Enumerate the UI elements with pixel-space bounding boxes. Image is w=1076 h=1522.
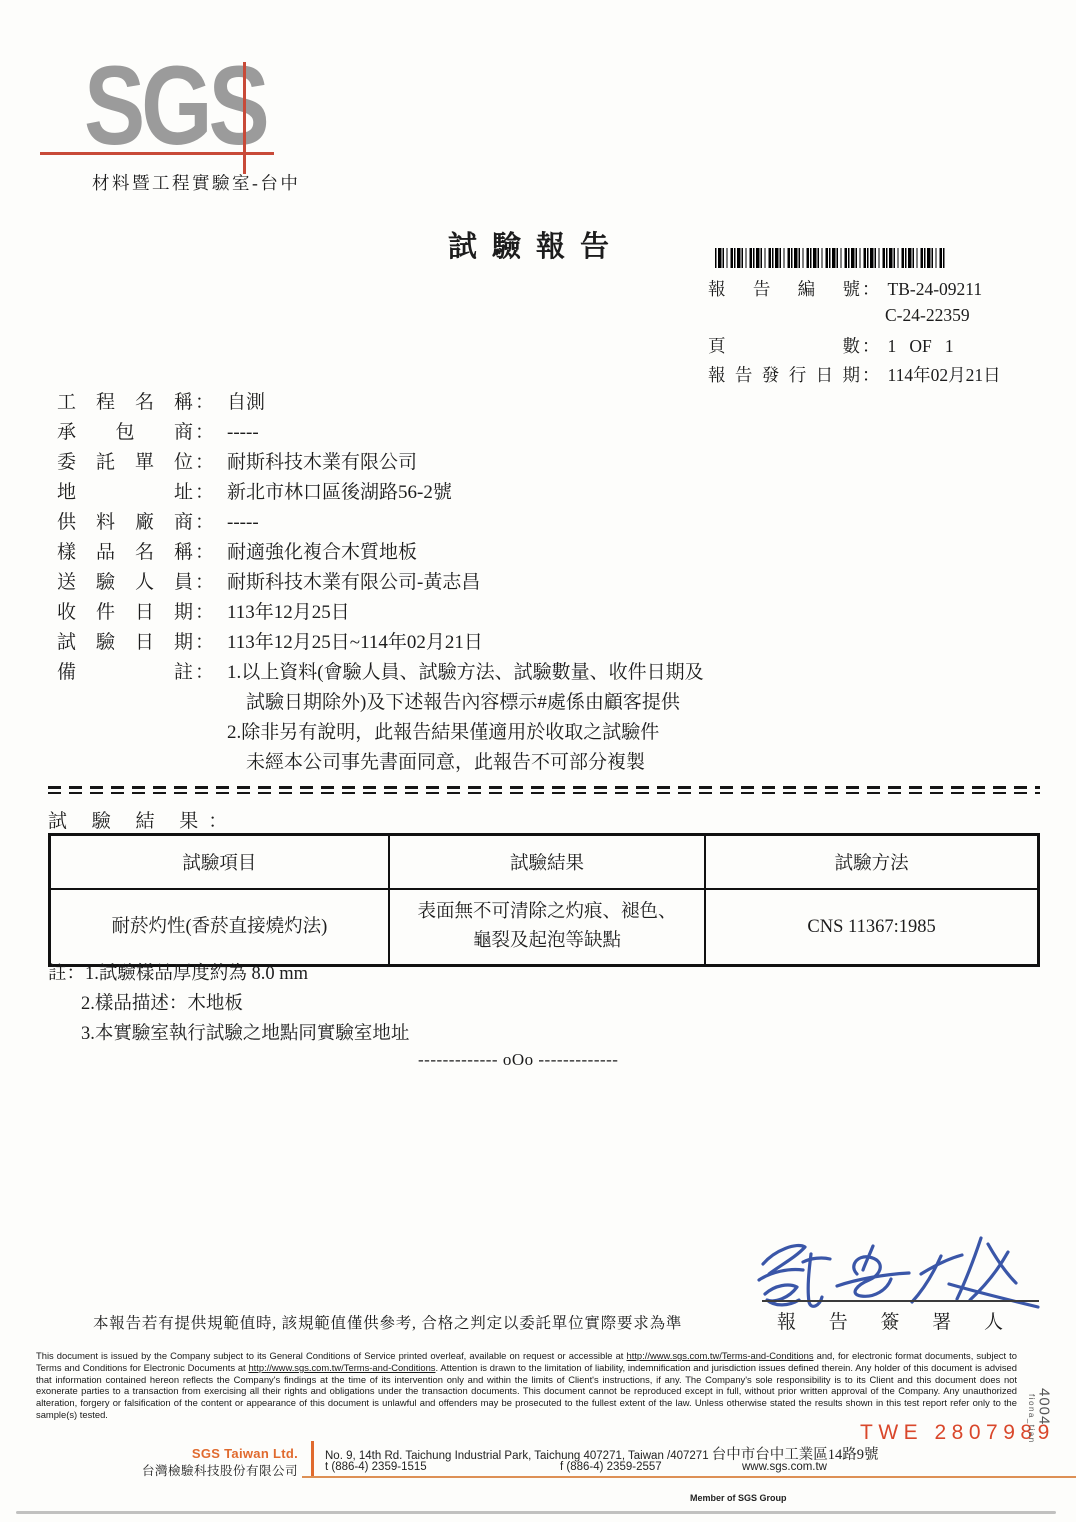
form-value: 自測 — [227, 388, 265, 418]
sgs-logo: SGS — [84, 50, 266, 162]
form-label: 委託單位 — [57, 448, 193, 478]
report-info-block: 報告編號：TB-24-09211C-24-22359頁數：1 OF 1報告發行日… — [708, 276, 1001, 390]
side-operator: fiona_tian — [1026, 1394, 1035, 1444]
form-label: 樣品名稱 — [57, 538, 193, 568]
side-code: 4004 — [1035, 1388, 1052, 1444]
report-info-colon: ： — [862, 279, 880, 299]
form-label: 地址 — [57, 478, 193, 508]
report-info-label: 報告發行日期 — [708, 362, 860, 387]
report-info-value: C-24-22359 — [885, 305, 970, 325]
form-row: 地址：新北市林口區後湖路56-2號 — [57, 478, 747, 508]
table-data-row: 耐菸灼性(香菸直接燒灼法)表面無不可清除之灼痕、褪色、 龜裂及起泡等缺點CNS … — [50, 889, 1039, 966]
form-row: 試驗日期：113年12月25日~114年02月21日 — [57, 628, 747, 658]
form-colon: ： — [195, 658, 214, 688]
form-row: 承包商：----- — [57, 418, 747, 448]
form-colon: ： — [195, 628, 214, 658]
footer-orange-rule — [302, 1476, 1076, 1478]
document-title: 試驗報告 — [448, 224, 624, 265]
form-remark-line: 2.除非另有說明，此報告結果僅適用於收取之試驗件 — [227, 718, 704, 748]
form-remark-line: 未經本公司事先書面同意，此報告不可部分複製 — [227, 748, 704, 778]
footer-company-block: SGS Taiwan Ltd. 台灣檢驗科技股份有限公司 — [55, 1446, 298, 1480]
form-row: 委託單位：耐斯科技木業有限公司 — [57, 448, 747, 478]
logo-red-horizontal-line — [40, 152, 274, 155]
form-value: 耐適強化複合木質地板 — [227, 538, 417, 568]
table-data-cell: 耐菸灼性(香菸直接燒灼法) — [50, 889, 389, 966]
logo-red-vertical-line — [243, 62, 246, 174]
form-colon: ： — [195, 418, 214, 448]
form-label: 收件日期 — [57, 598, 193, 628]
report-info-colon: ： — [862, 365, 880, 385]
terms-url: http://www.sgs.com.tw/Terms-and-Conditio… — [248, 1362, 435, 1373]
form-label: 送驗人員 — [57, 568, 193, 598]
report-info-label: 頁數 — [708, 333, 860, 358]
footer-website: www.sgs.com.tw — [742, 1461, 827, 1473]
barcode-icon — [715, 248, 945, 268]
disclaimer-text: This document is issued by the Company s… — [36, 1350, 627, 1361]
form-colon: ： — [195, 508, 214, 538]
form-colon: ： — [195, 388, 214, 418]
table-data-cell: CNS 11367:1985 — [705, 889, 1038, 966]
form-label: 工程名稱 — [57, 388, 193, 418]
form-row: 備註：1.以上資料(會驗人員、試驗方法、試驗數量、收件日期及試驗日期除外)及下述… — [57, 658, 747, 778]
form-colon: ： — [195, 568, 214, 598]
report-info-colon: ： — [862, 336, 880, 356]
footer-tel: t (886-4) 2359-1515 — [325, 1461, 427, 1473]
form-label: 備註 — [57, 658, 193, 688]
lab-name: 材料暨工程實驗室-台中 — [92, 170, 300, 195]
form-value: 113年12月25日 — [227, 598, 350, 628]
signatory-label: 報 告 簽 署 人 — [777, 1307, 1017, 1334]
form-label: 承包商 — [57, 418, 193, 448]
form-colon: ： — [195, 448, 214, 478]
report-page: SGS 材料暨工程實驗室-台中 試驗報告 報告編號：TB-24-09211C-2… — [0, 0, 1076, 1522]
form-remark-line: 1.以上資料(會驗人員、試驗方法、試驗數量、收件日期及 — [227, 658, 704, 688]
report-info-row: 報告編號：TB-24-09211 — [708, 276, 1001, 305]
form-remark-line: 試驗日期除外)及下述報告內容標示#處係由顧客提供 — [227, 688, 704, 718]
table-data-cell: 表面無不可清除之灼痕、褪色、 龜裂及起泡等缺點 — [389, 889, 705, 966]
form-row: 供料廠商：----- — [57, 508, 747, 538]
note-line: 註：1.試驗樣品厚度約為 8.0 mm — [48, 959, 409, 989]
report-info-value: 1 OF 1 — [888, 336, 954, 356]
footer-fax: f (886-4) 2359-2557 — [560, 1461, 662, 1473]
form-value: 耐斯科技木業有限公司 — [227, 448, 417, 478]
form-fields: 工程名稱：自測承包商：-----委託單位：耐斯科技木業有限公司地址：新北市林口區… — [57, 388, 747, 778]
form-value: 1.以上資料(會驗人員、試驗方法、試驗數量、收件日期及試驗日期除外)及下述報告內… — [227, 658, 704, 778]
side-vertical-text: 4004 fiona_tian — [1026, 1388, 1051, 1444]
results-table: 試驗項目試驗結果試驗方法耐菸灼性(香菸直接燒灼法)表面無不可清除之灼痕、褪色、 … — [48, 833, 1040, 967]
report-info-row: C-24-22359 — [708, 305, 1001, 334]
form-colon: ： — [195, 598, 214, 628]
form-row: 樣品名稱：耐適強化複合木質地板 — [57, 538, 747, 568]
table-header-cell: 試驗方法 — [705, 835, 1038, 890]
form-value: 113年12月25日~114年02月21日 — [227, 628, 483, 658]
end-of-report-divider: ------------- oOo ------------- — [418, 1050, 618, 1070]
form-value: 新北市林口區後湖路56-2號 — [227, 478, 452, 508]
footer-member: Member of SGS Group — [690, 1493, 787, 1503]
report-info-value: TB-24-09211 — [888, 279, 983, 299]
form-row: 收件日期：113年12月25日 — [57, 598, 747, 628]
results-notes: 註：1.試驗樣品厚度約為 8.0 mm2.樣品描述：木地板3.本實驗室執行試驗之… — [48, 959, 409, 1049]
report-info-label: 報告編號 — [708, 276, 860, 301]
form-row: 工程名稱：自測 — [57, 388, 747, 418]
spec-statement: 本報告若有提供規範值時, 該規範值僅供參考, 合格之判定以委託單位實際要求為準 — [93, 1311, 682, 1333]
table-header-cell: 試驗結果 — [389, 835, 705, 890]
handwritten-signature — [745, 1222, 1045, 1312]
footer-company-en: SGS Taiwan Ltd. — [55, 1446, 298, 1462]
form-row: 送驗人員：耐斯科技木業有限公司-黃志昌 — [57, 568, 747, 598]
separator-line-top — [48, 786, 1040, 789]
form-value: ----- — [227, 508, 259, 538]
table-header-cell: 試驗項目 — [50, 835, 389, 890]
report-info-row: 頁數：1 OF 1 — [708, 333, 1001, 362]
report-info-value: 114年02月21日 — [888, 365, 1001, 385]
note-line: 2.樣品描述：木地板 — [48, 989, 409, 1019]
signature-line — [762, 1300, 1039, 1302]
terms-url: http://www.sgs.com.tw/Terms-and-Conditio… — [627, 1350, 814, 1361]
report-info-row: 報告發行日期：114年02月21日 — [708, 362, 1001, 391]
legal-disclaimer: This document is issued by the Company s… — [36, 1350, 1017, 1421]
footer-divider — [311, 1441, 314, 1478]
form-value: 耐斯科技木業有限公司-黃志昌 — [227, 568, 480, 598]
note-line: 3.本實驗室執行試驗之地點同實驗室地址 — [48, 1019, 409, 1049]
form-colon: ： — [195, 538, 214, 568]
form-label: 供料廠商 — [57, 508, 193, 538]
separator-line-bottom — [48, 792, 1040, 795]
form-value: ----- — [227, 418, 259, 448]
table-header-row: 試驗項目試驗結果試驗方法 — [50, 835, 1039, 890]
form-label: 試驗日期 — [57, 628, 193, 658]
results-heading: 試 驗 結 果： — [48, 806, 237, 833]
footer-company-zh: 台灣檢驗科技股份有限公司 — [55, 1464, 298, 1480]
form-colon: ： — [195, 478, 214, 508]
scan-edge-artifact — [16, 1511, 1056, 1514]
